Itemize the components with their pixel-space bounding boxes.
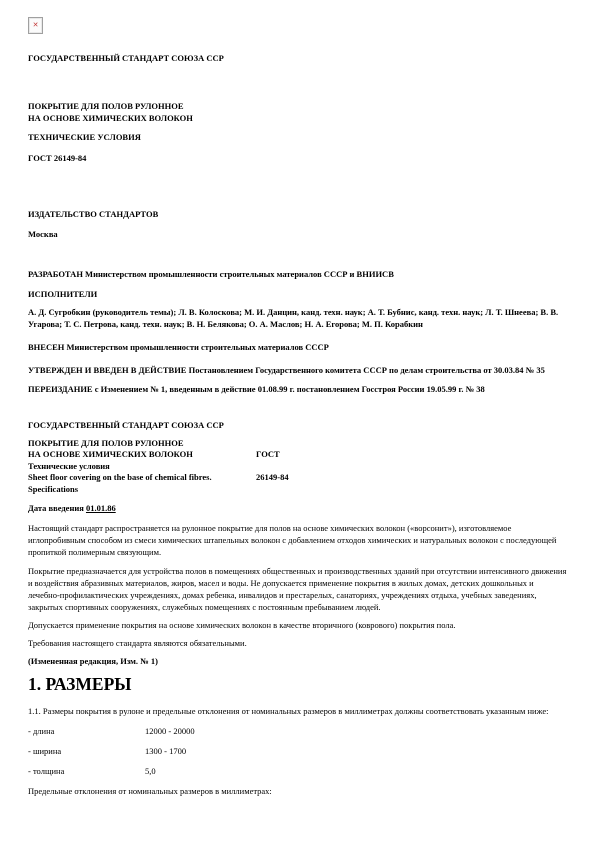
standard-title-block: ПОКРЫТИЕ ДЛЯ ПОЛОВ РУЛОННОЕ НА ОСНОВЕ ХИ…: [28, 438, 567, 495]
dimension-label: - толщина: [28, 765, 145, 777]
approved-note: УТВЕРЖДЕН И ВВЕДЕН В ДЕЙСТВИЕ Постановле…: [28, 364, 567, 376]
dimension-value: 1300 - 1700: [145, 745, 186, 757]
standard-header: ГОСУДАРСТВЕННЫЙ СТАНДАРТ СОЮЗА ССР: [28, 419, 567, 431]
standard-title-ru-line2: НА ОСНОВЕ ХИМИЧЕСКИХ ВОЛОКОН: [28, 449, 230, 460]
body-paragraph: Требования настоящего стандарта являются…: [28, 637, 567, 649]
standard-title-en: Sheet floor covering on the base of chem…: [28, 472, 230, 495]
standard-title-left: ПОКРЫТИЕ ДЛЯ ПОЛОВ РУЛОННОЕ НА ОСНОВЕ ХИ…: [28, 438, 230, 495]
dimension-row-length: - длина 12000 - 20000: [28, 725, 567, 737]
dimension-row-thickness: - толщина 5,0: [28, 765, 567, 777]
front-standard-header: ГОСУДАРСТВЕННЫЙ СТАНДАРТ СОЮЗА ССР: [28, 52, 567, 64]
standard-subtitle-ru: Технические условия: [28, 461, 230, 472]
effective-date-line: Дата введения 01.01.86: [28, 502, 567, 514]
standard-gost-column: ГОСТ 26149-84: [256, 438, 289, 495]
submitted-by: ВНЕСЕН Министерством промышленности стро…: [28, 341, 567, 353]
body-paragraph: Настоящий стандарт распространяется на р…: [28, 522, 567, 558]
executors-list: А. Д. Сугробкин (руководитель темы); Л. …: [28, 306, 567, 330]
executors-label: ИСПОЛНИТЕЛИ: [28, 288, 567, 300]
developed-by: РАЗРАБОТАН Министерством промышленности …: [28, 268, 567, 280]
dimension-row-width: - ширина 1300 - 1700: [28, 745, 567, 757]
gost-code: 26149-84: [256, 472, 289, 483]
standard-title-ru-line1: ПОКРЫТИЕ ДЛЯ ПОЛОВ РУЛОННОЕ: [28, 438, 230, 449]
front-title-line2: НА ОСНОВЕ ХИМИЧЕСКИХ ВОЛОКОН: [28, 112, 567, 124]
amendment-note: (Измененная редакция, Изм. № 1): [28, 655, 567, 667]
dimension-label: - ширина: [28, 745, 145, 757]
front-title-line1: ПОКРЫТИЕ ДЛЯ ПОЛОВ РУЛОННОЕ: [28, 100, 567, 112]
dimension-value: 5,0: [145, 765, 156, 777]
effective-date-label: Дата введения: [28, 503, 84, 513]
section1-intro: 1.1. Размеры покрытия в рулоне и предель…: [28, 705, 567, 717]
front-subtitle: ТЕХНИЧЕСКИЕ УСЛОВИЯ: [28, 131, 567, 143]
gost-label: ГОСТ: [256, 449, 289, 460]
document-page: ✕ ГОСУДАРСТВЕННЫЙ СТАНДАРТ СОЮЗА ССР ПОК…: [0, 0, 595, 797]
section1-outro: Предельные отклонения от номинальных раз…: [28, 785, 567, 797]
effective-date-value: 01.01.86: [86, 503, 116, 513]
front-gost-number: ГОСТ 26149-84: [28, 152, 567, 164]
broken-image-icon: ✕: [28, 17, 43, 34]
publisher: ИЗДАТЕЛЬСТВО СТАНДАРТОВ: [28, 208, 567, 220]
dimension-label: - длина: [28, 725, 145, 737]
section1-heading: 1. РАЗМЕРЫ: [28, 674, 567, 695]
body-paragraph: Покрытие предназначается для устройства …: [28, 565, 567, 613]
reissue-note: ПЕРЕИЗДАНИЕ с Изменением № 1, введенным …: [28, 383, 567, 395]
publisher-city: Москва: [28, 228, 567, 240]
broken-image-x-glyph: ✕: [33, 22, 39, 29]
body-paragraph: Допускается применение покрытия на основ…: [28, 619, 567, 631]
dimension-value: 12000 - 20000: [145, 725, 195, 737]
